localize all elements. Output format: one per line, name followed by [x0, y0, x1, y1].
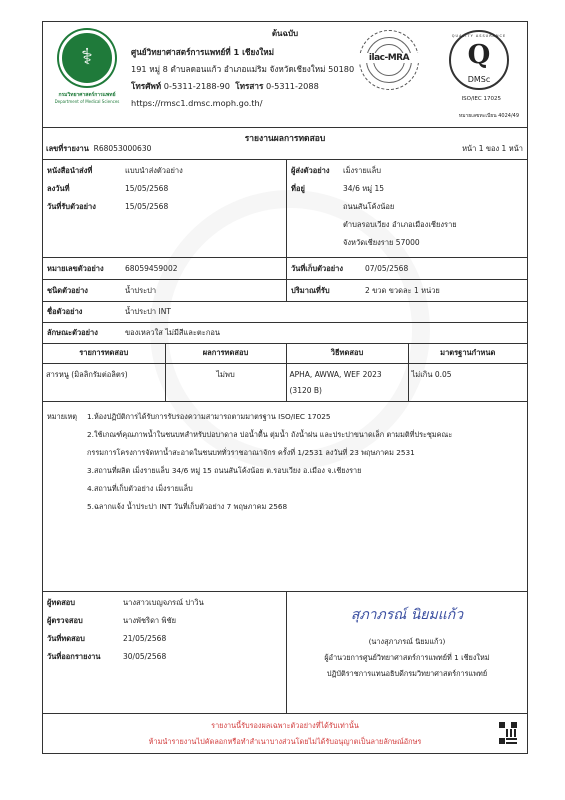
- sample-appearance: ของเหลวใส ไม่มีสีและตะกอน: [125, 324, 220, 342]
- fax-label: โทรสาร: [235, 81, 263, 91]
- test-item: สารหนู (มิลลิกรัมต่อลิตร): [43, 363, 165, 401]
- report-number: เลขที่รายงาน R68053000630: [46, 143, 151, 155]
- reviewer-field: ผู้ตรวจสอบนางพัชริดา พิชัย: [43, 612, 286, 630]
- sample-quantity: 2 ขวด ขวดละ 1 หน่วย: [365, 282, 440, 300]
- ilac-mra-logo-icon: ilac-MRA: [359, 30, 419, 90]
- signoff-section: ผู้ทดสอบนางสาวเบญจภรณ์ ปาวิน ผู้ตรวจสอบน…: [42, 592, 528, 714]
- q-mark: Q: [451, 40, 507, 70]
- label: หมายเลขตัวอย่าง: [47, 260, 125, 278]
- sample-name-row: ชื่อตัวอย่างน้ำประปา INT: [42, 302, 528, 323]
- org-website-link[interactable]: https://rmsc1.dmsc.moph.go.th/: [131, 95, 354, 112]
- label: วันที่รับตัวอย่าง: [47, 198, 125, 216]
- notes-label: หมายเหตุ: [47, 408, 87, 591]
- value: นางสาวเบญจภรณ์ ปาวิน: [123, 594, 204, 612]
- value: เม็งรายแล็บ: [343, 162, 381, 180]
- note-item: 4.สถานที่เก็บตัวอย่าง เม็งรายแล็บ: [87, 480, 452, 498]
- issue-date-field: วันที่ออกรายงาน30/05/2568: [43, 648, 286, 666]
- value: นางพัชริดา พิชัย: [123, 612, 176, 630]
- collected-date: 07/05/2568: [365, 260, 408, 278]
- received-date-field: วันที่รับตัวอย่าง15/05/2568: [43, 198, 286, 216]
- label: ลงวันที่: [47, 180, 125, 198]
- sample-name: น้ำประปา INT: [125, 303, 171, 321]
- iso-standard: ISO/IEC 17025: [462, 96, 501, 102]
- sample-appearance-row: ลักษณะตัวอย่างของเหลวใส ไม่มีสีและตะกอน: [42, 323, 528, 344]
- note-item: 2.ใช้เกณฑ์คุณภาพน้ำในชนบทสำหรับบ่อบาดาล …: [87, 426, 452, 444]
- value: 30/05/2568: [123, 648, 166, 666]
- org-name: ศูนย์วิทยาศาสตร์การแพทย์ที่ 1 เชียงใหม่: [131, 44, 354, 61]
- ministry-logo: ⚕ กรมวิทยาศาสตร์การแพทย์ Department of M…: [51, 30, 123, 104]
- signer-title: ผู้อำนวยการศูนย์วิทยาศาสตร์การแพทย์ที่ 1…: [287, 650, 527, 666]
- phone-label: โทรศัพท์: [131, 81, 161, 91]
- label: วันที่ทดสอบ: [47, 630, 123, 648]
- col-method: วิธีทดสอบ: [286, 344, 408, 363]
- results-header-row: รายการทดสอบ ผลการทดสอบ วิธีทดสอบ มาตรฐาน…: [43, 344, 527, 363]
- signer-title: ปฏิบัติราชการแทนอธิบดีกรมวิทยาศาสตร์การแ…: [287, 666, 527, 682]
- signer-name: (นางสุภาภรณ์ นิยมแก้ว): [287, 634, 527, 650]
- label: ผู้ทดสอบ: [47, 594, 123, 612]
- table-row: สารหนู (มิลลิกรัมต่อลิตร) ไม่พบ APHA, AW…: [43, 363, 527, 401]
- registration-number: หมายเลขทะเบียน 4024/49: [459, 112, 519, 120]
- disclaimer-footer: รายงานนี้รับรองผลเฉพาะตัวอย่างที่ได้รับเ…: [42, 714, 528, 754]
- phone-value: 0-5311-2188-90: [164, 81, 230, 91]
- address-lines: 34/6 หมู่ 15 ถนนสันโค้งน้อย ตำบลรอบเวียง…: [343, 180, 457, 252]
- ilac-label: ilac-MRA: [358, 53, 420, 63]
- col-test-item: รายการทดสอบ: [43, 344, 165, 363]
- method-line: (3120 B): [290, 383, 405, 399]
- disclaimer-line: ห้ามนำรายงานไปคัดลอกหรือทำสำเนาบางส่วนโด…: [43, 734, 527, 750]
- organization-info: ศูนย์วิทยาศาสตร์การแพทย์ที่ 1 เชียงใหม่ …: [131, 44, 354, 112]
- value: 15/05/2568: [125, 180, 168, 198]
- tester-field: ผู้ทดสอบนางสาวเบญจภรณ์ ปาวิน: [43, 594, 286, 612]
- method-line: APHA, AWWA, WEF 2023: [290, 367, 405, 383]
- lab-report-document: ต้นฉบับ ⚕ กรมวิทยาศาสตร์การแพทย์ Departm…: [42, 21, 528, 754]
- dmsc-quality-assurance-logo-icon: QUALITY ASSURANCE Q DMSc: [449, 30, 509, 90]
- sample-type: น้ำประปา: [125, 282, 156, 300]
- notes-list: 1.ห้องปฏิบัติการได้รับการรับรองความสามาร…: [87, 408, 452, 591]
- dated-field: ลงวันที่15/05/2568: [43, 180, 286, 198]
- note-item: กรรมการโครงการจัดหาน้ำสะอาดในชนบททั่วราช…: [87, 444, 452, 462]
- report-number-label: เลขที่รายงาน: [46, 144, 89, 153]
- test-standard: ไม่เกิน 0.05: [408, 363, 527, 401]
- note-item: 5.ฉลากแจ้ง น้ำประปา INT วันที่เก็บตัวอย่…: [87, 498, 452, 516]
- handwritten-signature: สุภาภรณ์ นิยมแก้ว: [287, 604, 527, 626]
- dept-name-en: Department of Medical Sciences: [51, 99, 123, 104]
- submission-section: หนังสือนำส่งที่แบบนำส่งตัวอย่าง ลงวันที่…: [42, 160, 528, 258]
- dept-name-th: กรมวิทยาศาสตร์การแพทย์: [51, 91, 123, 99]
- page-indicator: หน้า 1 ของ 1 หน้า: [462, 143, 523, 155]
- note-item: 1.ห้องปฏิบัติการได้รับการรับรองความสามาร…: [87, 408, 452, 426]
- address-line: ถนนสันโค้งน้อย: [343, 198, 457, 216]
- sample-id: 68059459002: [125, 260, 178, 278]
- sample-type-row: ชนิดตัวอย่างน้ำประปา ปริมาณที่รับ2 ขวด ข…: [42, 280, 528, 302]
- note-item: 3.สถานที่ผลิต เม็งรายแล็บ 34/6 หมู่ 15 ถ…: [87, 462, 452, 480]
- sender-field: ผู้ส่งตัวอย่างเม็งรายแล็บ: [287, 162, 527, 180]
- fax-value: 0-5311-2088: [266, 81, 319, 91]
- label: ที่อยู่: [291, 180, 343, 252]
- report-number-value: R68053000630: [94, 144, 152, 153]
- label: ลักษณะตัวอย่าง: [47, 324, 125, 342]
- col-standard: มาตรฐานกำหนด: [408, 344, 527, 363]
- report-header: ต้นฉบับ ⚕ กรมวิทยาศาสตร์การแพทย์ Departm…: [42, 21, 528, 128]
- value: 15/05/2568: [125, 198, 168, 216]
- org-contact: โทรศัพท์ 0-5311-2188-90 โทรสาร 0-5311-20…: [131, 78, 354, 95]
- address-line: จังหวัดเชียงราย 57000: [343, 234, 457, 252]
- test-method: APHA, AWWA, WEF 2023 (3120 B): [286, 363, 408, 401]
- qa-label: QUALITY ASSURANCE: [451, 34, 507, 38]
- address-line: ตำบลรอบเวียง อำเภอเมืองเชียงราย: [343, 216, 457, 234]
- accreditation-logos: ilac-MRA QUALITY ASSURANCE Q DMSc ISO/IE…: [359, 30, 519, 125]
- address-field: ที่อยู่ 34/6 หมู่ 15 ถนนสันโค้งน้อย ตำบล…: [287, 180, 527, 252]
- label: หนังสือนำส่งที่: [47, 162, 125, 180]
- col-result: ผลการทดสอบ: [165, 344, 286, 363]
- label: ผู้ส่งตัวอย่าง: [291, 162, 343, 180]
- dmsc-label: DMSc: [451, 75, 507, 84]
- results-table: รายการทดสอบ ผลการทดสอบ วิธีทดสอบ มาตรฐาน…: [43, 344, 527, 401]
- value: 21/05/2568: [123, 630, 166, 648]
- label: วันที่เก็บตัวอย่าง: [291, 260, 365, 278]
- sample-id-row: หมายเลขตัวอย่าง68059459002 วันที่เก็บตัว…: [42, 258, 528, 280]
- label: ผู้ตรวจสอบ: [47, 612, 123, 630]
- notes-section: หมายเหตุ 1.ห้องปฏิบัติการได้รับการรับรอง…: [42, 402, 528, 592]
- signer-block: (นางสุภาภรณ์ นิยมแก้ว) ผู้อำนวยการศูนย์ว…: [287, 634, 527, 682]
- address-line: 34/6 หมู่ 15: [343, 180, 457, 198]
- results-table-wrap: รายการทดสอบ ผลการทดสอบ วิธีทดสอบ มาตรฐาน…: [42, 344, 528, 402]
- report-title-row: รายงานผลการทดสอบ เลขที่รายงาน R680530006…: [42, 128, 528, 160]
- letter-field: หนังสือนำส่งที่แบบนำส่งตัวอย่าง: [43, 162, 286, 180]
- disclaimer-line: รายงานนี้รับรองผลเฉพาะตัวอย่างที่ได้รับเ…: [43, 718, 527, 734]
- label: ชื่อตัวอย่าง: [47, 303, 125, 321]
- test-date-field: วันที่ทดสอบ21/05/2568: [43, 630, 286, 648]
- caduceus-emblem-icon: ⚕: [59, 30, 115, 86]
- test-result: ไม่พบ: [165, 363, 286, 401]
- label: ชนิดตัวอย่าง: [47, 282, 125, 300]
- org-address: 191 หมู่ 8 ตำบลดอนแก้ว อำเภอแม่ริม จังหว…: [131, 61, 354, 78]
- qr-code-icon[interactable]: [499, 722, 517, 744]
- label: วันที่ออกรายงาน: [47, 648, 123, 666]
- label: ปริมาณที่รับ: [291, 282, 365, 300]
- value: แบบนำส่งตัวอย่าง: [125, 162, 183, 180]
